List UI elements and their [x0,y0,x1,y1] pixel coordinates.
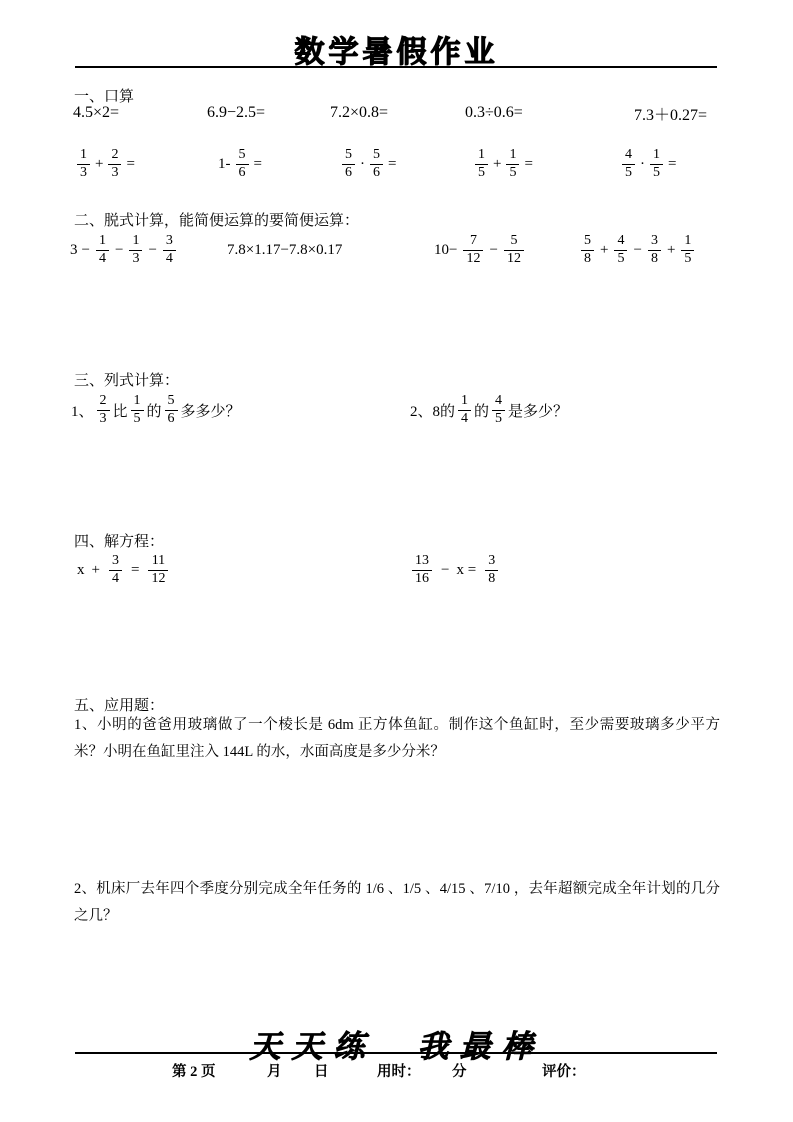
fraction-denominator: 5 [475,164,488,181]
worksheet-page: 数学暑假作业 一、口算 4.5×2=6.9−2.5=7.2×0.8=0.3÷0.… [0,0,793,1122]
math-text: = [126,156,134,173]
fraction-numerator: 1 [458,393,471,409]
fraction: 15 [681,233,694,266]
fraction-denominator: 12 [504,250,524,267]
math-text: 多多少？ [181,400,241,421]
footer-minutes-label: 分 [452,1060,467,1081]
math-text: = [388,156,396,173]
math-expression: 1-56= [218,141,262,187]
fraction-denominator: 5 [622,164,635,181]
math-text: 1- [218,156,231,173]
math-text: − [82,242,90,259]
fraction-denominator: 6 [165,410,178,427]
fraction-denominator: 12 [148,570,168,587]
fraction-numerator: 3 [163,233,176,249]
math-text: + [667,242,675,259]
fraction-denominator: 4 [109,570,122,587]
math-expression: 7.3＋0.27= [634,103,707,123]
fraction-numerator: 1 [96,233,109,249]
fraction-denominator: 3 [97,410,110,427]
footer-rating-label: 评价： [542,1060,586,1081]
math-text: = [131,562,139,579]
fraction-denominator: 6 [370,164,383,181]
fraction-denominator: 5 [506,164,519,181]
fraction: 14 [458,393,471,426]
math-expression: 0.3÷0.6= [465,103,523,123]
fraction: 15 [506,147,519,180]
fraction: 1316 [412,553,432,586]
fraction-denominator: 3 [77,164,90,181]
title-divider [75,66,717,68]
math-text: 4.5×2= [73,104,119,122]
fraction-denominator: 8 [648,250,661,267]
fraction-numerator: 5 [581,233,594,249]
fraction-denominator: 4 [163,250,176,267]
math-text: + [493,156,501,173]
fraction: 14 [96,233,109,266]
fraction-numerator: 3 [485,553,498,569]
fraction: 45 [622,147,635,180]
fraction: 23 [97,393,110,426]
fraction: 38 [648,233,661,266]
fraction-numerator: 7 [467,233,480,249]
fraction: 56 [342,147,355,180]
math-text: 2、8的 [410,400,455,421]
math-text: 0.3÷0.6= [465,104,523,122]
fraction: 1112 [148,553,168,586]
footer-divider [75,1052,717,1054]
fraction-numerator: 5 [370,147,383,163]
fraction-denominator: 16 [412,570,432,587]
math-text: 10− [434,242,457,259]
math-text: + [600,242,608,259]
fraction: 56 [236,147,249,180]
fraction: 13 [77,147,90,180]
math-text: 6.9−2.5= [207,104,265,122]
fraction: 712 [463,233,483,266]
fraction-denominator: 8 [485,570,498,587]
fraction-denominator: 6 [342,164,355,181]
fraction-numerator: 1 [129,233,142,249]
fraction: 45 [492,393,505,426]
fraction-denominator: 6 [236,164,249,181]
fraction-denominator: 5 [492,410,505,427]
fraction: 23 [108,147,121,180]
fraction: 15 [475,147,488,180]
math-text: − [489,242,497,259]
math-expression: 1316−x =38 [410,547,500,593]
math-expression: 7.2×0.8= [330,103,388,123]
footer-month-label: 月 [267,1060,282,1081]
math-text: x = [456,562,476,579]
math-text: 1、 [71,400,94,421]
math-text: − [115,242,123,259]
page-title: 数学暑假作业 [0,27,793,71]
math-expression: 6.9−2.5= [207,103,265,123]
math-text: 的 [474,400,489,421]
fraction-numerator: 1 [77,147,90,163]
math-text: 比 [113,400,128,421]
word-problem-2: 2、机床厂去年四个季度分别完成全年任务的 1/6 、1/5 、4/15 、7/1… [74,876,720,930]
fraction: 56 [165,393,178,426]
math-expression: 45·15= [620,141,676,187]
math-text: − [633,242,641,259]
fraction: 34 [109,553,122,586]
fraction-numerator: 4 [492,393,505,409]
fraction-numerator: 4 [622,147,635,163]
math-expression: x+34=1112 [77,547,170,593]
math-expression: 10−712−512 [434,227,526,273]
fraction-numerator: 1 [506,147,519,163]
fraction: 512 [504,233,524,266]
word-problem-1: 1、小明的爸爸用玻璃做了一个棱长是 6dm 正方体鱼缸。制作这个鱼缸时，至少需要… [74,712,720,766]
fraction: 45 [614,233,627,266]
fraction-denominator: 12 [463,250,483,267]
fraction-numerator: 1 [131,393,144,409]
fraction: 56 [370,147,383,180]
math-text: − [148,242,156,259]
fraction-denominator: 3 [108,164,121,181]
footer-day-label: 日 [314,1060,329,1081]
fraction-numerator: 1 [681,233,694,249]
math-text: = [668,156,676,173]
fraction-numerator: 5 [507,233,520,249]
fraction-denominator: 5 [681,250,694,267]
fraction: 15 [650,147,663,180]
fraction-numerator: 13 [412,553,432,569]
fraction-numerator: 5 [236,147,249,163]
fraction-numerator: 2 [97,393,110,409]
fraction-numerator: 5 [165,393,178,409]
math-expression: 3−14−13−34 [70,227,178,273]
math-expression: 15+15= [473,141,533,187]
fraction-numerator: 1 [475,147,488,163]
math-text: + [92,562,100,579]
math-text: 7.3＋0.27= [634,102,707,125]
math-text: 的 [147,400,162,421]
math-text: − [441,562,449,579]
fraction-denominator: 4 [458,410,471,427]
math-text: = [524,156,532,173]
fraction-numerator: 2 [108,147,121,163]
fraction-numerator: 1 [650,147,663,163]
fraction: 58 [581,233,594,266]
fraction-denominator: 4 [96,250,109,267]
math-text: 3 [70,242,78,259]
math-text: · [360,156,365,173]
fraction: 38 [485,553,498,586]
math-text: 7.8×1.17−7.8×0.17 [227,242,342,259]
math-text: 是多少？ [508,400,568,421]
fraction-denominator: 5 [614,250,627,267]
math-text: + [95,156,103,173]
fraction-numerator: 11 [149,553,168,569]
footer-time-used-label: 用时： [377,1060,421,1081]
fraction-numerator: 5 [342,147,355,163]
fraction: 15 [131,393,144,426]
math-expression: 56·56= [340,141,396,187]
fraction-denominator: 8 [581,250,594,267]
math-text: x [77,562,85,579]
math-text: 7.2×0.8= [330,104,388,122]
fraction: 13 [129,233,142,266]
math-expression: 13+23= [75,141,135,187]
math-expression: 58+45−38+15 [579,227,696,273]
math-text: = [254,156,262,173]
math-text: · [640,156,645,173]
math-expression: 4.5×2= [73,103,119,123]
fraction-denominator: 3 [129,250,142,267]
math-expression: 2、8的14的45是多少？ [410,387,568,433]
fraction-numerator: 3 [648,233,661,249]
math-expression: 7.8×1.17−7.8×0.17 [227,227,342,273]
fraction-denominator: 5 [650,164,663,181]
fraction: 34 [163,233,176,266]
footer-page-number: 第 2 页 [172,1060,216,1081]
fraction-denominator: 5 [131,410,144,427]
math-expression: 1、23比15的56多多少？ [71,387,241,433]
fraction-numerator: 3 [109,553,122,569]
fraction-numerator: 4 [614,233,627,249]
